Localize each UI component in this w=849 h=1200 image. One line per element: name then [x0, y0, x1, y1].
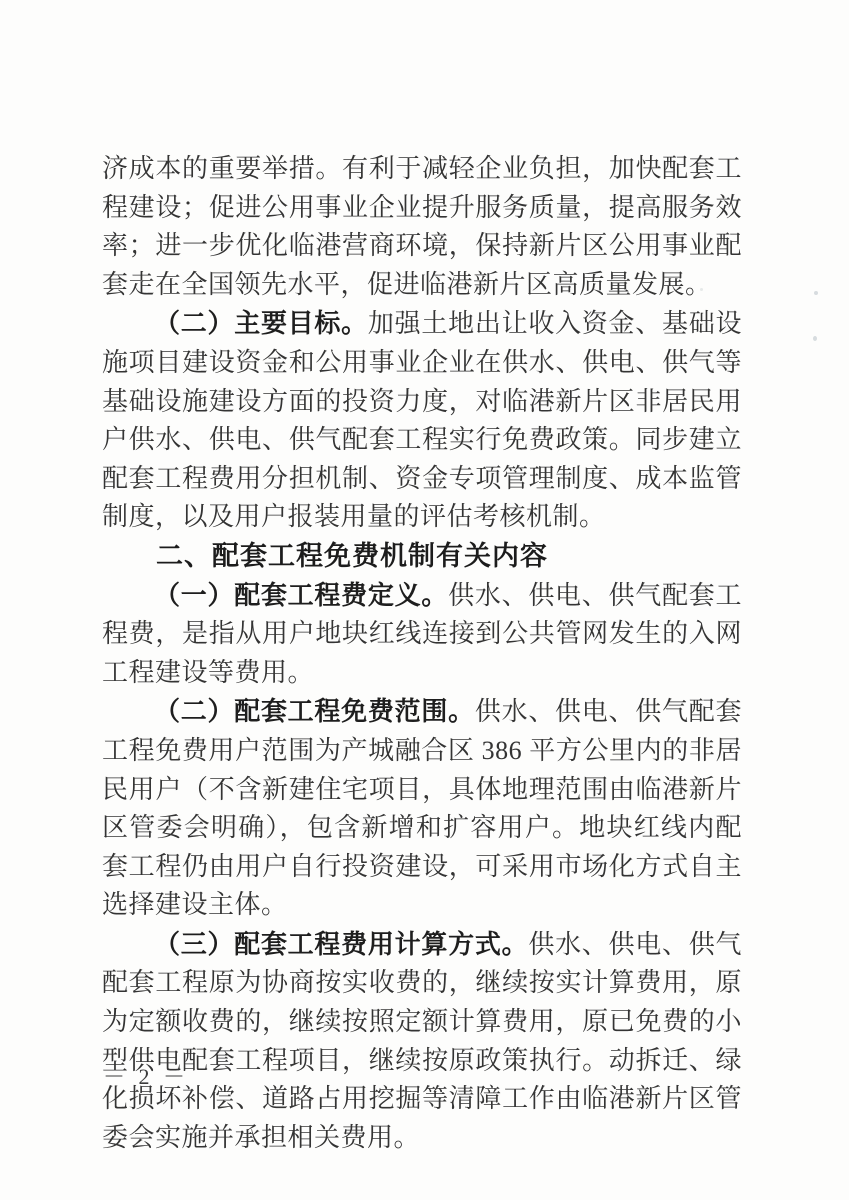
paragraph-free-scope-text: 供水、供电、供气配套工程免费用户范围为产城融合区 386 平方公里内的非居民用户…: [102, 697, 742, 919]
scan-speck: [814, 291, 818, 295]
document-body: 济成本的重要举措。有利于减轻企业负担，加快配套工程建设；促进公用事业企业提升服务…: [102, 150, 742, 1157]
paragraph-main-goals: （二）主要目标。加强土地出让收入资金、基础设施项目建设资金和公用事业企业在供水、…: [102, 304, 742, 537]
paragraph-free-scope-lead: （二）配套工程免费范围。: [154, 696, 475, 726]
document-page: 济成本的重要举措。有利于减轻企业负担，加快配套工程建设；促进公用事业企业提升服务…: [0, 0, 849, 1200]
paragraph-continuation-text: 济成本的重要举措。有利于减轻企业负担，加快配套工程建设；促进公用事业企业提升服务…: [102, 154, 742, 299]
paragraph-main-goals-text: 加强土地出让收入资金、基础设施项目建设资金和公用事业企业在供水、供电、供气等基础…: [102, 309, 742, 531]
page-number: － 2 －: [103, 1060, 189, 1091]
paragraph-free-scope: （二）配套工程免费范围。供水、供电、供气配套工程免费用户范围为产城融合区 386…: [102, 692, 742, 925]
paragraph-fee-calculation-text: 供水、供电、供气配套工程原为协商按实收费的，继续按实计算费用，原为定额收费的，继…: [102, 930, 742, 1152]
scan-speck: [700, 288, 703, 291]
paragraph-main-goals-lead: （二）主要目标。: [154, 308, 368, 338]
paragraph-fee-calculation-lead: （三）配套工程费用计算方式。: [154, 929, 528, 959]
paragraph-fee-definition-lead: （一）配套工程费定义。: [154, 580, 448, 610]
scan-speck: [813, 336, 817, 341]
section-heading-text: 二、配套工程免费机制有关内容: [156, 541, 548, 571]
paragraph-fee-definition: （一）配套工程费定义。供水、供电、供气配套工程费，是指从用户地块红线连接到公共管…: [102, 576, 742, 693]
section-heading-free-mechanism: 二、配套工程免费机制有关内容: [102, 537, 742, 576]
paragraph-fee-calculation: （三）配套工程费用计算方式。供水、供电、供气配套工程原为协商按实收费的，继续按实…: [102, 925, 742, 1158]
paragraph-continuation: 济成本的重要举措。有利于减轻企业负担，加快配套工程建设；促进公用事业企业提升服务…: [102, 150, 742, 304]
